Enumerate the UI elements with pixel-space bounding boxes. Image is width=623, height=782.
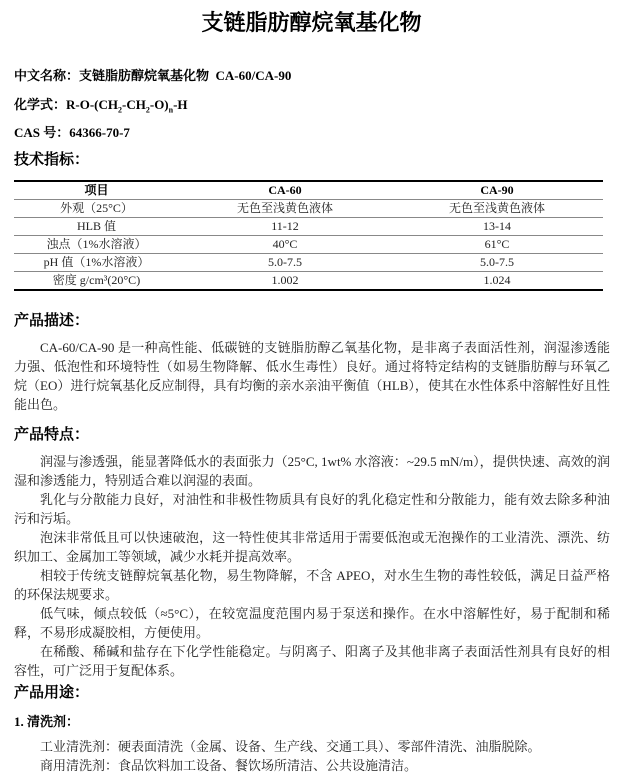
formula-part: -CH (122, 97, 146, 112)
formula-part: -H (173, 97, 187, 112)
table-cell: 13-14 (391, 218, 603, 236)
spec-table: 项目 CA-60 CA-90 外观（25°C） 无色至浅黄色液体 无色至浅黄色液… (14, 180, 603, 291)
description-paragraph: CA-60/CA-90 是一种高性能、低碳链的支链脂肪醇乙氧基化物，是非离子表面… (14, 338, 610, 414)
cas-label: CAS 号： (14, 125, 69, 140)
table-cell: 1.002 (179, 272, 391, 291)
header-item: 项目 (14, 181, 179, 200)
features-heading: 产品特点： (14, 423, 89, 444)
table-cell: 11-12 (179, 218, 391, 236)
applications-list: 工业清洗剂：硬表面清洗（金属、设备、生产线、交通工具）、零部件清洗、油脂脱除。 … (40, 737, 610, 775)
application-item: 商用清洗剂：食品饮料加工设备、餐饮场所清洁、公共设施清洁。 (40, 756, 610, 775)
table-cell: 5.0-7.5 (391, 254, 603, 272)
header-ca90: CA-90 (391, 181, 603, 200)
table-cell: 密度 g/cm³(20°C) (14, 272, 179, 291)
chinese-name-label: 中文名称： (14, 68, 79, 83)
application-item: 工业清洗剂：硬表面清洗（金属、设备、生产线、交通工具）、零部件清洗、油脂脱除。 (40, 737, 610, 756)
cas-line: CAS 号：64366-70-7 (14, 122, 130, 141)
cas-value: 64366-70-7 (69, 125, 130, 140)
table-row: 密度 g/cm³(20°C) 1.002 1.024 (14, 272, 603, 291)
table-cell: 浊点（1%水溶液） (14, 236, 179, 254)
description-body: CA-60/CA-90 是一种高性能、低碳链的支链脂肪醇乙氧基化物，是非离子表面… (14, 338, 610, 414)
table-row: 浊点（1%水溶液） 40°C 61°C (14, 236, 603, 254)
feature-paragraph: 润湿与渗透强，能显著降低水的表面张力（25°C, 1wt% 水溶液：~29.5 … (14, 452, 610, 490)
table-cell: pH 值（1%水溶液） (14, 254, 179, 272)
table-cell: 无色至浅黄色液体 (179, 200, 391, 218)
feature-paragraph: 泡沫非常低且可以快速破泡，这一特性使其非常适用于需要低泡或无泡操作的工业清洗、漂… (14, 528, 610, 566)
table-cell: 40°C (179, 236, 391, 254)
table-cell: HLB 值 (14, 218, 179, 236)
chinese-name-line: 中文名称：支链脂肪醇烷氧基化物 CA-60/CA-90 (14, 65, 291, 84)
header-ca60: CA-60 (179, 181, 391, 200)
features-body: 润湿与渗透强，能显著降低水的表面张力（25°C, 1wt% 水溶液：~29.5 … (14, 452, 610, 680)
chemical-formula-line: 化学式：R-O-(CH2-CH2-O)n-H (14, 94, 188, 115)
formula-part: -O) (150, 97, 169, 112)
table-cell: 1.024 (391, 272, 603, 291)
chinese-name-value: 支链脂肪醇烷氧基化物 CA-60/CA-90 (79, 68, 291, 83)
formula-part: R-O-(CH (66, 97, 118, 112)
feature-paragraph: 低气味，倾点较低（≈5°C），在较宽温度范围内易于泵送和操作。在水中溶解性好，易… (14, 604, 610, 642)
feature-paragraph: 在稀酸、稀碱和盐存在下化学性能稳定。与阴离子、阳离子及其他非离子表面活性剂具有良… (14, 642, 610, 680)
table-cell: 5.0-7.5 (179, 254, 391, 272)
table-row: HLB 值 11-12 13-14 (14, 218, 603, 236)
table-cell: 61°C (391, 236, 603, 254)
table-header-row: 项目 CA-60 CA-90 (14, 181, 603, 200)
table-row: pH 值（1%水溶液） 5.0-7.5 5.0-7.5 (14, 254, 603, 272)
feature-paragraph: 相较于传统支链醇烷氧基化物，易生物降解，不含 APEO，对水生生物的毒性较低，满… (14, 566, 610, 604)
spec-heading: 技术指标： (14, 148, 89, 169)
table-cell: 外观（25°C） (14, 200, 179, 218)
table-row: 外观（25°C） 无色至浅黄色液体 无色至浅黄色液体 (14, 200, 603, 218)
document-title: 支链脂肪醇烷氧基化物 (0, 6, 623, 37)
formula-label: 化学式： (14, 97, 66, 112)
feature-paragraph: 乳化与分散能力良好，对油性和非极性物质具有良好的乳化稳定性和分散能力，能有效去除… (14, 490, 610, 528)
table-cell: 无色至浅黄色液体 (391, 200, 603, 218)
description-heading: 产品描述： (14, 309, 89, 330)
applications-heading: 产品用途： (14, 681, 89, 702)
cleaning-agent-subheading: 1. 清洗剂： (14, 711, 79, 730)
